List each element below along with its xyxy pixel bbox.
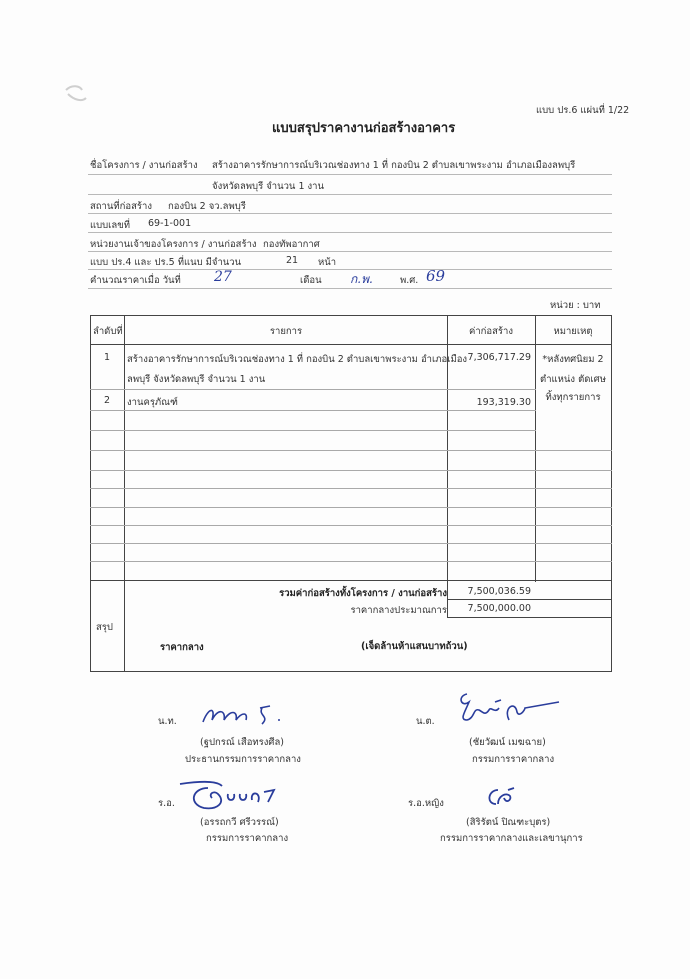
row-divider: [90, 410, 536, 411]
signatory-name: (ชัยวัฒน์ เมฆฉาย): [469, 735, 546, 750]
divider: [88, 194, 612, 195]
row-divider: [90, 488, 612, 489]
header-cost: ค่าก่อสร้าง: [469, 324, 513, 339]
table-border: [611, 315, 612, 672]
signatory-role: ประธานกรรมการราคากลาง: [185, 752, 301, 767]
signatory-rank: ร.อ.หญิง: [408, 796, 444, 811]
row-divider: [90, 507, 612, 508]
signatory-rank: น.ต.: [416, 714, 435, 729]
project-label: ชื่อโครงการ / งานก่อสร้าง: [90, 158, 198, 173]
page-title: แบบสรุปราคางานก่อสร้างอาคาร: [272, 117, 455, 138]
signatory-name: (สิริรัตน์ ปิณฑะบุตร): [466, 815, 550, 830]
row-divider: [90, 430, 536, 431]
row-item-line1: งานครุภัณฑ์: [127, 395, 178, 410]
plan-no-label: แบบเลขที่: [90, 218, 130, 233]
remark-line3: ทิ้งทุกรายการ: [545, 390, 600, 405]
table-border: [90, 315, 91, 672]
column-divider: [535, 315, 536, 582]
estimate-label: ราคากลางประมาณการ: [350, 603, 447, 618]
signature-mark: [455, 690, 565, 726]
total-value: 7,500,036.59: [468, 586, 531, 597]
scan-smudge-icon: [62, 80, 92, 110]
signature-mark: [484, 784, 524, 810]
attached-label: แบบ ปร.4 และ ปร.5 ที่แนบ มีจำนวน: [90, 255, 241, 270]
remark-line2: ตำแหน่ง ตัดเศษ: [540, 372, 606, 387]
form-reference: แบบ ปร.6 แผ่นที่ 1/22: [536, 103, 629, 118]
table-border: [90, 671, 612, 672]
signature-mark: [198, 700, 288, 730]
row-divider: [90, 525, 612, 526]
header-item: รายการ: [270, 324, 302, 339]
calc-day: 27: [214, 269, 232, 285]
signatory-role: กรรมการราคากลาง: [206, 831, 288, 846]
signatory-role: กรรมการราคากลางและเลขานุการ: [440, 831, 583, 846]
divider: [88, 288, 612, 289]
estimate-value: 7,500,000.00: [468, 603, 531, 614]
location-value: กองบิน 2 จว.ลพบุรี: [168, 199, 246, 214]
table-border: [90, 315, 612, 316]
signatory-name: (อรรถกวี ศรีวรรณ์): [200, 815, 279, 830]
calc-date-label: คำนวณราคาเมื่อ วันที่: [90, 273, 181, 288]
row-no: 1: [104, 352, 110, 363]
row-item-line2: ลพบุรี จังหวัดลพบุรี จำนวน 1 งาน: [127, 372, 265, 387]
project-value-line2: จังหวัดลพบุรี จำนวน 1 งาน: [212, 179, 324, 194]
header-remark: หมายเหตุ: [553, 324, 592, 339]
signatory-name: (ฐปกรณ์ เสือทรงศีล): [200, 735, 284, 750]
signatory-rank: ร.อ.: [158, 796, 175, 811]
remark-line1: *หลังทศนิยม 2: [542, 352, 603, 367]
divider: [88, 174, 612, 175]
project-value-line1: สร้างอาคารรักษาการณ์บริเวณช่องทาง 1 ที่ …: [212, 158, 575, 173]
row-divider: [90, 561, 612, 562]
signatory-rank: น.ท.: [158, 714, 177, 729]
year-label: พ.ศ.: [400, 273, 418, 288]
row-divider: [90, 389, 536, 390]
row-divider: [90, 470, 612, 471]
calc-month: ก.พ.: [350, 270, 373, 289]
divider: [88, 213, 612, 214]
header-no: ลำดับที่: [93, 324, 123, 339]
signature-mark: [178, 780, 288, 816]
summary-label: สรุป: [96, 620, 113, 635]
divider: [88, 251, 612, 252]
location-label: สถานที่ก่อสร้าง: [90, 199, 152, 214]
owner-value: กองทัพอากาศ: [263, 237, 320, 252]
attached-unit: หน้า: [318, 255, 336, 270]
owner-label: หน่วยงานเจ้าของโครงการ / งานก่อสร้าง: [90, 237, 257, 252]
month-label: เดือน: [300, 273, 322, 288]
row-cost: 193,319.30: [477, 397, 531, 408]
calc-year: 69: [426, 267, 445, 285]
median-price-label: ราคากลาง: [160, 640, 204, 655]
unit-label: หน่วย : บาท: [550, 298, 601, 313]
row-cost: 7,306,717.29: [468, 352, 531, 363]
row-divider: [90, 543, 612, 544]
total-label: รวมค่าก่อสร้างทั้งโครงการ / งานก่อสร้าง: [279, 586, 447, 601]
signatory-role: กรรมการราคากลาง: [472, 752, 554, 767]
summary-divider: [447, 617, 612, 618]
attached-pages: 21: [286, 255, 298, 266]
row-no: 2: [104, 395, 110, 406]
row-item-line1: สร้างอาคารรักษาการณ์บริเวณช่องทาง 1 ที่ …: [127, 352, 467, 367]
summary-divider: [90, 580, 612, 581]
summary-divider: [447, 599, 612, 600]
row-divider: [90, 450, 612, 451]
header-divider: [90, 344, 612, 345]
divider: [88, 232, 612, 233]
plan-no-value: 69-1-001: [148, 218, 191, 229]
column-divider: [124, 315, 125, 672]
median-price-words: (เจ็ดล้านห้าแสนบาทถ้วน): [361, 639, 468, 654]
